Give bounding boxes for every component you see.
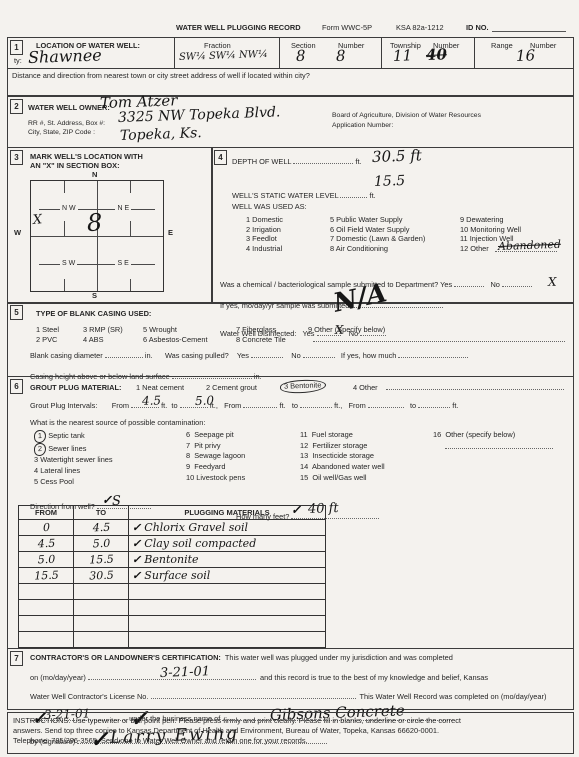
contam-num: 12 [300, 441, 308, 450]
table-row: 5.0 15.5 ✓ Bentonite [19, 552, 326, 568]
section4-well-details-box: 4 DEPTH OF WELL ft. 30.5 ft WELL'S STATI… [211, 147, 574, 304]
grid-quarter-line-bottom [39, 264, 155, 265]
county-value-handwriting: Shawnee [28, 45, 102, 67]
other-blank [495, 251, 557, 252]
casing-option: 1 Steel [36, 325, 59, 335]
contam-label: Sewage lagoon [194, 451, 245, 460]
grid-tick [64, 279, 65, 291]
divider [474, 38, 475, 68]
section3-title-line2: AN "X" IN SECTION BOX: [30, 161, 120, 171]
contam-label: Abandoned water well [312, 462, 385, 471]
record-completed-label: This Water Well Record was completed on … [360, 692, 547, 701]
no-label: No [490, 280, 499, 289]
grout-option: 4 Other [353, 383, 378, 393]
ft-label: ft. [452, 401, 458, 410]
static-level-value-handwriting: 15.5 [374, 173, 406, 190]
table-row-empty [19, 616, 326, 632]
table-row-empty [19, 584, 326, 600]
casing-option: 9 Other (Specify below) [308, 325, 385, 335]
contam-label: Lateral lines [40, 466, 80, 475]
section3-location-mark-box: 3 MARK WELL'S LOCATION WITH AN "X" IN SE… [7, 147, 213, 304]
casing-option: 5 Wrought [143, 325, 177, 335]
form-title: WATER WELL PLUGGING RECORD [176, 23, 301, 33]
material-value: Bentonite [144, 553, 198, 566]
certification-text: This water well was plugged under my jur… [225, 653, 453, 662]
interval-blank [418, 400, 450, 408]
contam-num: 5 [34, 477, 38, 486]
well-x-mark-handwriting: X [32, 212, 43, 228]
contam-num: 15 [300, 473, 308, 482]
casing-option: 4 ABS [83, 335, 104, 345]
used-as-option: 9 Dewatering [460, 215, 521, 225]
address-label: RR #, St. Address, Box #: [28, 120, 105, 129]
col-header-materials: PLUGGING MATERIALS [129, 506, 326, 520]
how-much-label: If yes, how much [341, 351, 396, 360]
section7-certification-box: 7 CONTRACTOR'S OR LANDOWNER'S CERTIFICAT… [7, 648, 574, 710]
completed-date-handwriting: 3-21-01 [160, 664, 211, 683]
to-value: 5.0 [73, 534, 129, 552]
owner-label: WATER WELL OWNER: [28, 103, 110, 113]
grout-other-blank [386, 389, 564, 390]
section6-title: GROUT PLUG MATERIAL: [30, 383, 121, 393]
scanned-form-page: WATER WELL PLUGGING RECORD Form WWC-5P K… [0, 0, 579, 757]
range-number-handwriting: 16 [516, 46, 536, 65]
application-number-label: Application Number: [332, 122, 393, 131]
from-value: 15.5 [18, 566, 74, 584]
used-as-option: 1 Domestic [246, 215, 283, 225]
section4-number: 4 [214, 150, 227, 165]
city-label: City, State, ZIP Code : [28, 129, 95, 138]
to-label: to [292, 401, 298, 410]
compass-n-label: N [92, 170, 97, 179]
id-no-blank [492, 31, 566, 32]
interval-blank [300, 400, 332, 408]
casing-option: 2 PVC [36, 335, 57, 345]
section1-location-box: 1 LOCATION OF WATER WELL: ty: Fraction S… [7, 37, 574, 96]
form-number: Form WWC-5P [322, 23, 372, 33]
contam-num-circled: 1 [34, 430, 47, 443]
city-value-handwriting: Topeka, Ks. [120, 125, 202, 144]
completed-on-label: on (mo/day/year) [30, 673, 86, 682]
table-row: 15.5 30.5 ✓ Surface soil [19, 568, 326, 584]
fraction-value-handwriting: SW¼ SW¼ NW¼ [179, 49, 268, 63]
grid-tick [130, 221, 131, 237]
casing-pulled-label: Was casing pulled? [165, 351, 229, 360]
used-as-option: 5 Public Water Supply [330, 215, 425, 225]
section-value-handwriting: 8 [296, 47, 306, 65]
contam-label: Livestock pens [196, 473, 245, 482]
county-label: ty: [14, 56, 22, 66]
grid-ne-label: N E [115, 205, 131, 212]
used-as-label: WELL WAS USED AS: [232, 202, 307, 212]
contam-label: Sewer lines [48, 444, 86, 453]
contam-label: Other (specify below) [445, 430, 515, 439]
compass-w-label: W [14, 228, 21, 237]
center-scribble-handwriting: 8 [87, 208, 103, 237]
township-value-handwriting: 11 [393, 46, 413, 65]
grout-option-bentonite-circled: 3 Bentonite [280, 379, 327, 393]
from-label: From [224, 401, 241, 410]
contam-label: Watertight sewer lines [40, 455, 112, 464]
grid-tick [130, 279, 131, 291]
used-as-option: 3 Feedlot [246, 234, 283, 244]
row-check-handwriting: ✓ [132, 521, 141, 534]
ft-label: ft. [279, 401, 285, 410]
contam-num: 9 [186, 462, 190, 471]
table-row: 4.5 5.0 ✓ Clay soil compacted [19, 536, 326, 552]
contam-label: Seepage pit [194, 430, 233, 439]
instructions-line: INSTRUCTIONS: Use typewriter or ball poi… [13, 716, 461, 726]
contam-label: Fertilizer storage [312, 441, 367, 450]
contam-label: Pit privy [194, 441, 220, 450]
contam-label: Cess Pool [40, 477, 74, 486]
to-label: to [410, 401, 416, 410]
grid-sw-label: S W [60, 260, 77, 267]
contam-num: 13 [300, 451, 308, 460]
contam-label: Septic tank [48, 431, 85, 440]
casing-option: 3 RMP (SR) [83, 325, 123, 335]
ft-label: ft. [370, 191, 376, 200]
contam-num: 8 [186, 451, 190, 460]
material-value: Clay soil compacted [144, 537, 256, 550]
divider [381, 38, 382, 68]
contamination-question: What is the nearest source of possible c… [30, 418, 205, 428]
interval1-to-handwriting: 5.0 [195, 393, 215, 409]
contam-num: 14 [300, 462, 308, 471]
contam-num: 4 [34, 466, 38, 475]
row-check-handwriting: ✓ [132, 537, 141, 550]
casing-option: 7 Fiberglass [236, 325, 276, 335]
pulled-no-blank [303, 350, 335, 358]
license-no-blank [151, 691, 356, 699]
township-number-scribble: 40 [426, 45, 447, 64]
from-value: 0 [18, 518, 74, 536]
contam-label: Fuel storage [312, 430, 353, 439]
no-label: No [291, 351, 300, 360]
from-label: From [349, 401, 366, 410]
instructions-line: Telephone: 785/296-3565, Send one to Wat… [13, 736, 308, 746]
row-check-handwriting: ✓ [132, 569, 141, 582]
contam-num: 7 [186, 441, 190, 450]
divider [279, 38, 280, 68]
instructions-box: INSTRUCTIONS: Use typewriter or ball poi… [7, 712, 574, 754]
table-row-empty [19, 632, 326, 648]
diameter-blank [105, 350, 143, 358]
grout-option: 2 Cement grout [206, 383, 257, 393]
casing-other-blank [313, 341, 565, 342]
in-label: in. [145, 351, 153, 360]
row-check-handwriting: ✓ [132, 553, 141, 566]
casing-option: 6 Asbestos-Cement [143, 335, 208, 345]
grid-tick [64, 181, 65, 193]
contam-label: Feedyard [194, 462, 225, 471]
depth-value-handwriting: 30.5 ft [372, 146, 422, 166]
range-label: Range [491, 41, 513, 51]
contam-num: 3 [34, 455, 38, 464]
section-number-handwriting: 8 [336, 47, 346, 65]
contam-num-circled: 2 [34, 443, 47, 456]
interval-blank [243, 400, 277, 408]
sample-yes-blank [454, 279, 484, 287]
contam-label: Oil well/Gas well [312, 473, 366, 482]
table-row: 0 4.5 ✓ Chlorix Gravel soil [19, 520, 326, 536]
statute-ref: KSA 82a-1212 [396, 23, 444, 33]
from-value: 5.0 [18, 550, 74, 568]
ft-comma-label: ft., [334, 401, 342, 410]
to-label: to [171, 401, 177, 410]
section5-number: 5 [10, 305, 23, 320]
section5-title: TYPE OF BLANK CASING USED: [36, 309, 151, 319]
section2-owner-box: 2 WATER WELL OWNER: RR #, St. Address, B… [7, 96, 574, 148]
to-value: 30.5 [73, 566, 129, 584]
intervals-label: Grout Plug Intervals: [30, 401, 97, 410]
used-as-option: 4 Industrial [246, 244, 283, 254]
section6-number: 6 [10, 379, 23, 394]
section7-number: 7 [10, 651, 23, 666]
contam-other-blank [445, 448, 553, 449]
grid-tick [130, 181, 131, 193]
section1-number: 1 [10, 40, 23, 55]
compass-s-label: S [92, 291, 97, 300]
section3-number: 3 [10, 150, 23, 165]
interval1-from-handwriting: 4.5 [142, 393, 162, 409]
material-value: Surface soil [144, 569, 210, 582]
grid-tick [64, 221, 65, 237]
casing-diameter-label: Blank casing diameter [30, 351, 103, 360]
instructions-line: answers. Send top three copies to Kansas… [13, 726, 439, 736]
casing-option: 8 Concrete Tile [236, 335, 286, 345]
ft-label: ft. [161, 401, 167, 410]
section-grid-box: N W N E S W S E X 8 [30, 180, 164, 292]
fraction-label: Fraction [204, 41, 231, 51]
grid-nw-label: N W [60, 205, 78, 212]
used-as-option: 7 Domestic (Lawn & Garden) [330, 234, 425, 244]
from-label: From [112, 401, 129, 410]
to-value: 15.5 [73, 550, 129, 568]
table-row-empty [19, 600, 326, 616]
license-no-label: Water Well Contractor's License No. [30, 692, 148, 701]
interval-blank [368, 400, 404, 408]
from-value: 4.5 [18, 534, 74, 552]
sample-no-blank [502, 279, 532, 287]
grout-option: 1 Neat cement [136, 383, 184, 393]
certification-title: CONTRACTOR'S OR LANDOWNER'S CERTIFICATIO… [30, 653, 221, 662]
distance-question: Distance and direction from nearest town… [12, 71, 310, 81]
used-as-option: 2 Irrigation [246, 225, 283, 235]
contam-label: Insecticide storage [312, 451, 374, 460]
section5-casing-box: 5 TYPE OF BLANK CASING USED: 1 Steel 3 R… [7, 302, 574, 377]
grid-se-label: S E [115, 260, 130, 267]
pulled-yes-blank [251, 350, 283, 358]
id-no-label: ID NO. [466, 23, 489, 33]
used-as-option: 8 Air Conditioning [330, 244, 425, 254]
depth-label: DEPTH OF WELL [232, 157, 291, 166]
sample-no-x-handwriting: X [548, 275, 557, 291]
contam-num: 10 [186, 473, 194, 482]
contam-num: 16 [433, 430, 441, 439]
divider [174, 38, 175, 68]
static-level-blank [340, 190, 367, 198]
certification-text: and this record is true to the best of m… [260, 673, 488, 682]
board-of-agriculture-text: Board of Agriculture, Division of Water … [332, 112, 481, 121]
how-much-blank [398, 350, 468, 358]
section6-grout-box: 6 GROUT PLUG MATERIAL: 1 Neat cement 2 C… [7, 376, 574, 649]
ft-label: ft. [355, 157, 361, 166]
compass-e-label: E [168, 228, 173, 237]
contam-num: 6 [186, 430, 190, 439]
used-as-option: 10 Monitoring Well [460, 225, 521, 235]
yes-label: Yes [237, 351, 249, 360]
plugging-materials-table: FROM TO PLUGGING MATERIALS 0 4.5 ✓ Chlor… [18, 505, 326, 648]
contam-num: 11 [300, 430, 308, 439]
section2-number: 2 [10, 99, 23, 114]
material-value: Chlorix Gravel soil [144, 521, 248, 534]
used-as-option: 6 Oil Field Water Supply [330, 225, 425, 235]
depth-blank [293, 156, 353, 164]
to-value: 4.5 [73, 518, 129, 536]
static-level-label: WELL'S STATIC WATER LEVEL [232, 191, 338, 200]
divider [8, 68, 573, 69]
